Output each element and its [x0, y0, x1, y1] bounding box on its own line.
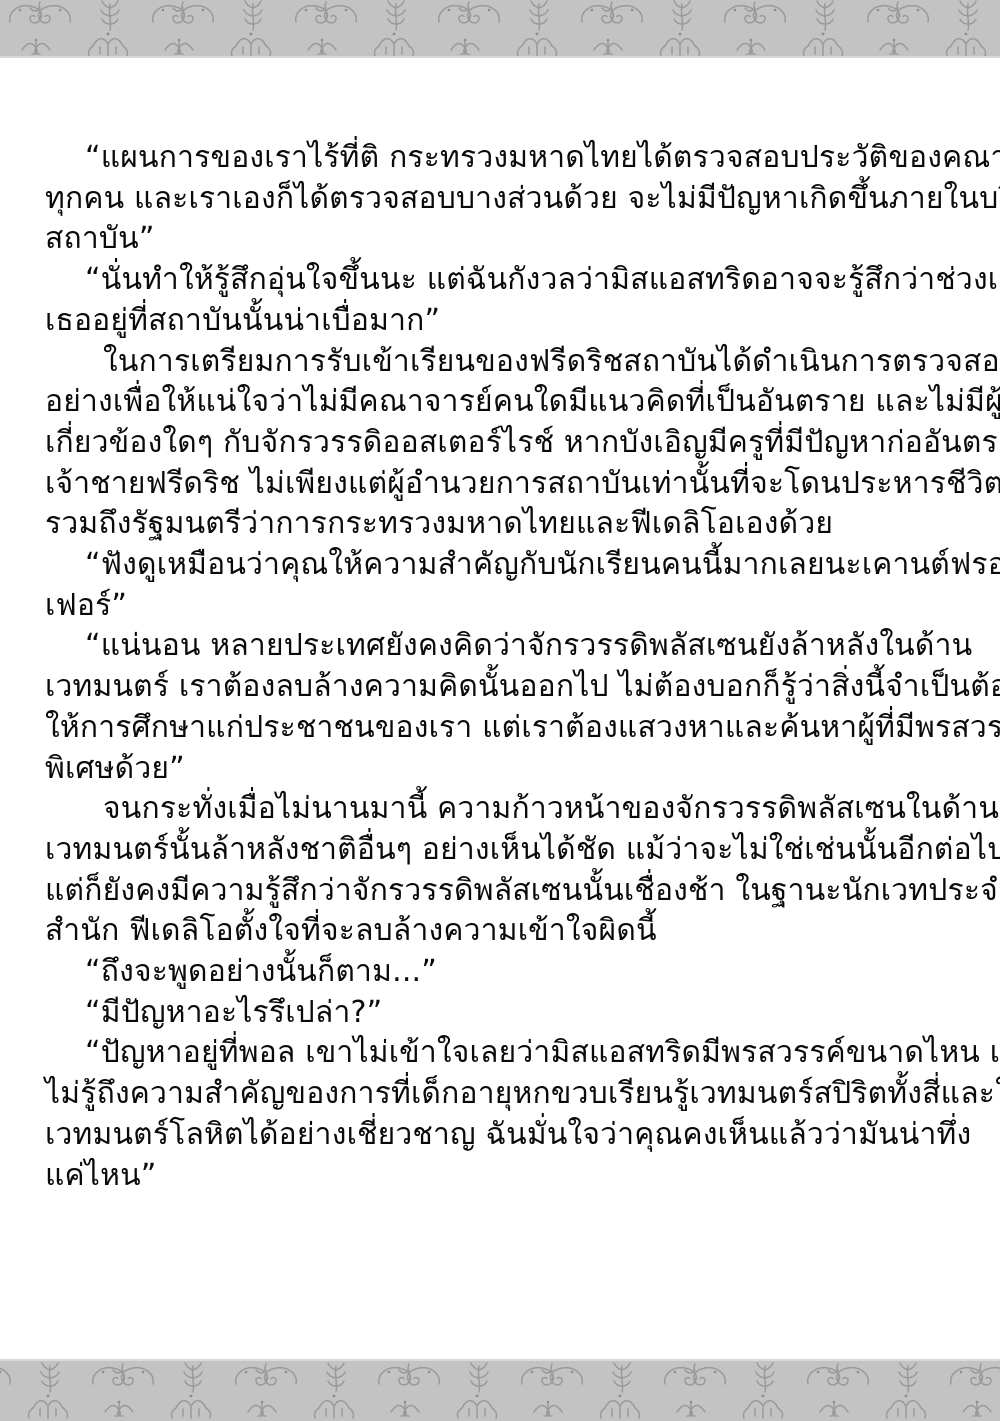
novel-page: “แผนการของเราไร้ที่ติ กระทรวงมหาดไทยได้ต…	[0, 0, 1000, 1421]
paragraph: ในการเตรียมการรับเข้าเรียนของฟรีดริชสถาบ…	[45, 342, 960, 546]
text-line: เกี่ยวข้องใดๆ กับจักรวรรดิออสเตอร์ไรช์ ห…	[45, 423, 960, 464]
text-line: เจ้าชายฟรีดริช ไม่เพียงแต่ผู้อำนวยการสถา…	[45, 464, 960, 505]
paragraph: “ถึงจะพูดอย่างนั้นก็ตาม...”	[45, 952, 960, 993]
text-line: เวทมนตร์นั้นล้าหลังชาติอื่นๆ อย่างเห็นได…	[45, 830, 960, 871]
ornate-border-bottom	[0, 1359, 1000, 1421]
paragraph: “แผนการของเราไร้ที่ติ กระทรวงมหาดไทยได้ต…	[45, 138, 960, 260]
text-line: “ฟังดูเหมือนว่าคุณให้ความสำคัญกับนักเรีย…	[45, 545, 960, 586]
text-line: พิเศษด้วย”	[45, 749, 960, 790]
text-line: “แผนการของเราไร้ที่ติ กระทรวงมหาดไทยได้ต…	[45, 138, 960, 179]
paragraph: “แน่นอน หลายประเทศยังคงคิดว่าจักรวรรดิพล…	[45, 626, 960, 789]
text-line: ไม่รู้ถึงความสำคัญของการที่เด็กอายุหกขวบ…	[45, 1074, 960, 1115]
text-line: “ปัญหาอยู่ที่พอล เขาไม่เข้าใจเลยว่ามิสแอ…	[45, 1033, 960, 1074]
text-line: “แน่นอน หลายประเทศยังคงคิดว่าจักรวรรดิพล…	[45, 626, 960, 667]
novel-text: “แผนการของเราไร้ที่ติ กระทรวงมหาดไทยได้ต…	[0, 58, 1000, 1196]
text-line: ทุกคน และเราเองก็ได้ตรวจสอบบางส่วนด้วย จ…	[45, 179, 960, 220]
text-line: “มีปัญหาอะไรรึเปล่า?”	[45, 993, 960, 1034]
border-background	[0, 0, 1000, 58]
text-line: เวทมนตร์ เราต้องลบล้างความคิดนั้นออกไป ไ…	[45, 667, 960, 708]
ornate-border-top	[0, 0, 1000, 58]
paragraph: “ฟังดูเหมือนว่าคุณให้ความสำคัญกับนักเรีย…	[45, 545, 960, 626]
text-line: อย่างเพื่อให้แน่ใจว่าไม่มีคณาจารย์คนใดมี…	[45, 382, 960, 423]
text-line: “ถึงจะพูดอย่างนั้นก็ตาม...”	[45, 952, 960, 993]
text-line: เวทมนตร์โลหิตได้อย่างเชี่ยวชาญ ฉันมั่นใจ…	[45, 1115, 960, 1156]
text-line: สำนัก ฟีเดลิโอตั้งใจที่จะลบล้างความเข้าใ…	[45, 911, 960, 952]
text-line: เฟอร์”	[45, 586, 960, 627]
text-line: สถาบัน”	[45, 219, 960, 260]
text-line: จนกระทั่งเมื่อไม่นานมานี้ ความก้าวหน้าขอ…	[45, 789, 960, 830]
paragraph: “ปัญหาอยู่ที่พอล เขาไม่เข้าใจเลยว่ามิสแอ…	[45, 1033, 960, 1196]
page-body: “แผนการของเราไร้ที่ติ กระทรวงมหาดไทยได้ต…	[0, 58, 1000, 1196]
text-line: แต่ก็ยังคงมีความรู้สึกว่าจักรวรรดิพลัสเซ…	[45, 871, 960, 912]
paragraph: “มีปัญหาอะไรรึเปล่า?”	[45, 993, 960, 1034]
text-line: เธออยู่ที่สถาบันนั้นน่าเบื่อมาก”	[45, 301, 960, 342]
paragraph: จนกระทั่งเมื่อไม่นานมานี้ ความก้าวหน้าขอ…	[45, 789, 960, 952]
text-line: ให้การศึกษาแก่ประชาชนของเรา แต่เราต้องแส…	[45, 708, 960, 749]
text-line: ในการเตรียมการรับเข้าเรียนของฟรีดริชสถาบ…	[45, 342, 960, 383]
text-line: แค่ไหน”	[45, 1156, 960, 1197]
text-line: “นั่นทำให้รู้สึกอุ่นใจขึ้นนะ แต่ฉันกังวล…	[45, 260, 960, 301]
text-line: รวมถึงรัฐมนตรีว่าการกระทรวงมหาดไทยและฟีเ…	[45, 504, 960, 545]
paragraph: “นั่นทำให้รู้สึกอุ่นใจขึ้นนะ แต่ฉันกังวล…	[45, 260, 960, 341]
